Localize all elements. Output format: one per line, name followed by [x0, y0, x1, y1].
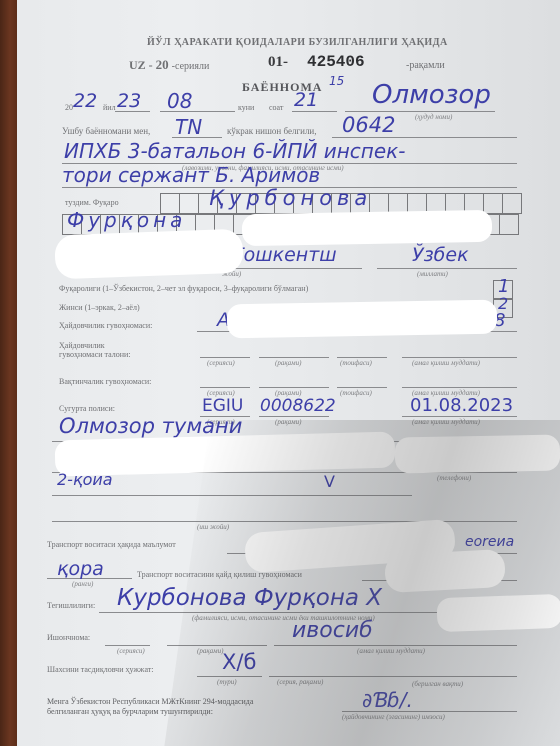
proxy-handwritten: ивосиб: [292, 618, 373, 643]
talon-label-line1: Ҳайдовчилик: [59, 341, 105, 350]
workplace-caption: (иш жойи): [197, 523, 229, 531]
signature-handwritten: ∂Ɓɓ/.: [362, 688, 413, 712]
talon-label-line2: гувоҳномаси талони:: [59, 350, 131, 359]
address-line3-handwritten: 2-қоиа: [57, 470, 113, 489]
number-prefix: 01-: [268, 54, 288, 71]
cap-issued: (берилган вақти): [412, 680, 463, 688]
cap-validity: (амал қилиш муддати): [412, 359, 480, 367]
document-number: 425406: [307, 53, 365, 71]
phone-caption: (телефони): [437, 474, 471, 482]
redaction-block: [395, 435, 560, 474]
cap-series: (серияси): [117, 647, 145, 655]
insurance-validity-line: [402, 416, 517, 417]
talon-class-line: [337, 357, 387, 358]
protocol-document: ЙЎЛ ҲАРАКАТИ ҚОИДАЛАРИ БУЗИЛГАНЛИГИ ҲАҚИ…: [17, 0, 560, 746]
proxy-number-line: [167, 645, 267, 646]
surname-handwritten: Қурбонова: [209, 186, 372, 210]
proxy-validity-line: [274, 645, 517, 646]
cap-number: (рақами): [275, 418, 301, 426]
series-prefix: UZ - 20 -серияли: [129, 57, 209, 73]
hour-line: [292, 111, 337, 112]
series-label: -серияли: [172, 61, 210, 72]
day-label: куни: [238, 103, 254, 112]
address-line1-handwritten: Олмозор тумани: [59, 414, 242, 438]
year-label: йил: [103, 103, 116, 112]
gender-label: Жинси (1–эркак, 2–аёл): [59, 303, 140, 312]
id-document-label: Шахсини тасдиқловчи ҳужжат:: [47, 665, 154, 674]
color-handwritten: қора: [57, 558, 104, 580]
rights-line2: белгиланган ҳуқуқ ва бурчларим тушунтири…: [47, 707, 213, 716]
redaction-block: [54, 229, 243, 280]
citizenship-label: Фуқаролиги (1–Ўзбекистон, 2–чет эл фуқар…: [59, 284, 308, 293]
redaction-block: [242, 210, 493, 246]
insurance-label: Сугурта полиси:: [59, 404, 115, 413]
officer-line2-handwritten: тори сержант Б. Аримов: [62, 163, 320, 187]
day-handwritten: 23: [117, 90, 141, 112]
owner-handwritten: Курбонова Фурқона Х: [117, 585, 382, 611]
talon-number-line: [259, 357, 329, 358]
cap-number: (рақами): [275, 359, 301, 367]
nationality-caption: (миллати): [417, 270, 448, 278]
year-prefix: 20: [65, 103, 73, 112]
cap-validity: (амал қилиш муддати): [412, 418, 480, 426]
owner-label: Тегишлилиги:: [47, 601, 95, 610]
color-caption: (ранги): [72, 580, 93, 588]
address-mark-handwritten: V: [324, 472, 335, 491]
cap-number: (рақами): [197, 647, 223, 655]
proxy-label: Ишончнома:: [47, 633, 90, 642]
rights-line1: Менга Ўзбекистон Республикаси МЖтКнинг 2…: [47, 697, 253, 706]
id-number-line: [269, 676, 517, 677]
cap-type: (тури): [217, 678, 237, 686]
insurance-number-line: [259, 416, 329, 417]
officer-intro-label: Ушбу баённомани мен,: [62, 126, 150, 136]
cap-validity: (амал қилиш муддати): [357, 647, 425, 655]
rights-statement: Менга Ўзбекистон Республикаси МЖтКнинг 2…: [47, 697, 253, 717]
talon-validity-line: [402, 357, 517, 358]
talon-series-line: [200, 357, 250, 358]
place-handwritten: Олмозор: [372, 80, 491, 110]
temp-number-line: [259, 387, 329, 388]
place-caption: (ҳудуд номи): [415, 113, 452, 121]
doc-name-handwritten: 15: [329, 74, 344, 88]
vehicle-registration-label: Транспорт воситасини қайд қилиш гувоҳном…: [137, 570, 302, 579]
redaction-block: [384, 549, 506, 593]
license-label: Ҳайдовчилик гувоҳномаси:: [59, 321, 152, 330]
badge-label: кўкрак нишон белгили,: [227, 126, 317, 136]
cap-class: (тоифаси): [340, 359, 372, 367]
insurance-number-handwritten: 0008622: [260, 396, 336, 416]
cap-series-number: (серия, рақами): [277, 678, 323, 686]
number-label: -рақамли: [406, 60, 445, 71]
nationality-line: [377, 268, 517, 269]
id-handwritten: Х/б: [222, 650, 256, 674]
redaction-block: [436, 594, 560, 632]
temp-class-line: [337, 387, 387, 388]
citizen-label: туздим. Фуқаро: [65, 198, 119, 207]
talon-label: Ҳайдовчиликгувоҳномаси талони:: [59, 341, 131, 359]
document-title: ЙЎЛ ҲАРАКАТИ ҚОИДАЛАРИ БУЗИЛГАНЛИГИ ҲАҚИ…: [147, 37, 448, 48]
address-line-3: [52, 495, 412, 496]
redaction-block: [227, 300, 498, 339]
temp-series-line: [200, 387, 250, 388]
proxy-series-line: [105, 645, 150, 646]
vehicle-info-handwritten-end: еоrеиа: [465, 534, 514, 550]
signature-caption: (ҳайдовчининг (эгасининг) имзоси): [342, 713, 445, 721]
officer-line1-handwritten: ИПХБ 3-батальон 6-ЙПЙ инспек-: [64, 139, 405, 163]
series-number: 20: [156, 57, 169, 72]
year-handwritten: 22: [73, 90, 97, 112]
month-handwritten: 08: [167, 89, 192, 113]
badge-handwritten: 0642: [342, 113, 395, 137]
id-type-line: [197, 676, 262, 677]
hour-handwritten: 21: [294, 89, 318, 111]
temp-license-label: Вақтинчалик гувоҳномаси:: [59, 377, 151, 386]
cap-class: (тоифаси): [340, 389, 372, 397]
cap-series: (серияси): [207, 359, 235, 367]
rank-handwritten: ТN: [175, 115, 202, 139]
temp-validity-line: [402, 387, 517, 388]
badge-line: [332, 137, 517, 138]
insurance-series-handwritten: EGIU: [202, 396, 243, 416]
vehicle-info-label: Транспорт воситаси ҳақида маълумот: [47, 540, 176, 549]
place-line: [345, 111, 495, 112]
series-code: UZ: [129, 58, 146, 72]
name-handwritten: Фурқона: [67, 208, 186, 232]
workplace-line: [52, 521, 517, 522]
insurance-validity-handwritten: 01.08.2023: [410, 395, 513, 416]
nationality-handwritten: Ўзбек: [412, 244, 469, 266]
city-handwritten: Тошкентш: [232, 244, 337, 266]
time-label: соат: [269, 103, 283, 112]
